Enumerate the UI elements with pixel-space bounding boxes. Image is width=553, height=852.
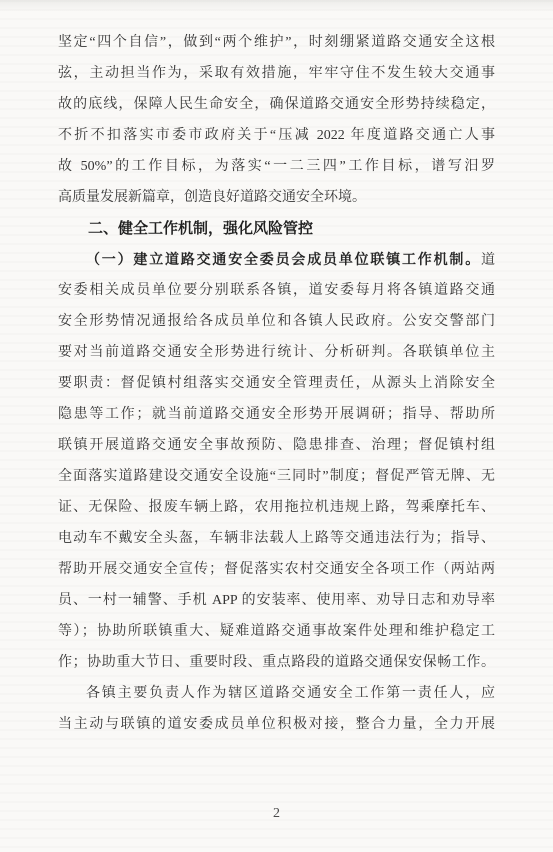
text-segment: 帮助开展交通安全宣传；督促落实农村交通安全各项工作（两站两: [58, 562, 495, 577]
text-segment: 安委相关成员单位要分别联系各镇，道安委每月将各镇道路交通: [58, 283, 495, 298]
text-segment: 作；协助重大节日、重要时段、重点路段的道路交通保安保畅工作。: [58, 655, 495, 670]
text-segment: 联镇开展道路交通安全事故预防、隐患排查、治理；督促镇村组: [58, 438, 495, 453]
text-segment: 坚定“四个自信”，做到“两个维护”，时刻绷紧道路交通安全这根: [58, 35, 495, 50]
scanned-document-page: { "colors": { "background": "#faf9f7", "…: [0, 0, 553, 852]
text-segment: 全面落实道路建设交通安全设施“三同时”制度；督促严管无牌、无: [58, 469, 495, 484]
text-line: 安全形势情况通报给各成员单位和各镇人民政府。公安交警部门: [58, 306, 495, 337]
page-number: 2: [0, 806, 553, 822]
document-body: 坚定“四个自信”，做到“两个维护”，时刻绷紧道路交通安全这根弦，主动担当作为，采…: [58, 27, 495, 740]
section-heading: 二、健全工作机制，强化风险管控: [58, 213, 495, 244]
text-line: 要职责：督促镇村组落实交通安全管理责任，从源头上消除安全: [58, 368, 495, 399]
text-line: 弦，主动担当作为，采取有效措施，牢牢守住不发生较大交通事: [58, 58, 495, 89]
text-segment: 安全形势情况通报给各成员单位和各镇人民政府。公安交警部门: [58, 314, 495, 329]
text-line: 隐患等工作；就当前道路交通安全形势开展调研；指导、帮助所: [58, 399, 495, 430]
text-segment: 当主动与联镇的道安委成员单位积极对接，整合力量，全力开展: [58, 717, 495, 732]
text-line: 证、无保险、报废车辆上路，农用拖拉机违规上路，驾乘摩托车、: [58, 492, 495, 523]
text-line: 各镇主要负责人作为辖区道路交通安全工作第一责任人，应: [58, 678, 495, 709]
text-segment: 隐患等工作；就当前道路交通安全形势开展调研；指导、帮助所: [58, 407, 495, 422]
text-line: 帮助开展交通安全宣传；督促落实农村交通安全各项工作（两站两: [58, 554, 495, 585]
scan-edge-shadow: [0, 0, 553, 12]
text-segment: 要职责：督促镇村组落实交通安全管理责任，从源头上消除安全: [58, 376, 495, 391]
text-line: 不折不扣落实市委市政府关于“压减 2022 年度道路交通亡人事: [58, 120, 495, 151]
text-line: 高质量发展新篇章，创造良好道路交通安全环境。: [58, 182, 495, 213]
text-segment: 高质量发展新篇章，创造良好道路交通安全环境。: [58, 190, 366, 205]
text-line: 员、一村一辅警、手机 APP 的安装率、使用率、劝导日志和劝导率: [58, 585, 495, 616]
text-line: 安委相关成员单位要分别联系各镇，道安委每月将各镇道路交通: [58, 275, 495, 306]
text-line: 作；协助重大节日、重要时段、重点路段的道路交通保安保畅工作。: [58, 647, 495, 678]
text-line: 故的底线，保障人民生命安全，确保道路交通安全形势持续稳定，: [58, 89, 495, 120]
text-line: 等）；协助所联镇重大、疑难道路交通事故案件处理和维护稳定工: [58, 616, 495, 647]
text-line: 当主动与联镇的道安委成员单位积极对接，整合力量，全力开展: [58, 709, 495, 740]
text-segment: 证、无保险、报废车辆上路，农用拖拉机违规上路，驾乘摩托车、: [58, 500, 495, 515]
text-line: 故 50%”的工作目标，为落实“一二三四”工作目标，谱写汨罗: [58, 151, 495, 182]
text-line: 要对当前道路交通安全形势进行统计、分析研判。各联镇单位主: [58, 337, 495, 368]
text-segment: 道: [481, 253, 495, 268]
text-line: 坚定“四个自信”，做到“两个维护”，时刻绷紧道路交通安全这根: [58, 27, 495, 58]
text-segment: 故 50%”的工作目标，为落实“一二三四”工作目标，谱写汨罗: [58, 159, 495, 174]
text-segment: 员、一村一辅警、手机 APP 的安装率、使用率、劝导日志和劝导率: [58, 593, 495, 608]
text-segment: 等）；协助所联镇重大、疑难道路交通事故案件处理和维护稳定工: [58, 624, 495, 639]
text-line: （一）建立道路交通安全委员会成员单位联镇工作机制。道: [58, 244, 495, 275]
text-line: 电动车不戴安全头盔，车辆非法载人上路等交通违法行为；指导、: [58, 523, 495, 554]
text-segment: 要对当前道路交通安全形势进行统计、分析研判。各联镇单位主: [58, 345, 495, 360]
text-segment: 故的底线，保障人民生命安全，确保道路交通安全形势持续稳定，: [58, 97, 495, 112]
text-segment: 二、健全工作机制，强化风险管控: [88, 220, 313, 237]
text-line: 联镇开展道路交通安全事故预防、隐患排查、治理；督促镇村组: [58, 430, 495, 461]
text-segment: 各镇主要负责人作为辖区道路交通安全工作第一责任人，应: [86, 686, 495, 701]
text-line: 全面落实道路建设交通安全设施“三同时”制度；督促严管无牌、无: [58, 461, 495, 492]
text-segment: 电动车不戴安全头盔，车辆非法载人上路等交通违法行为；指导、: [58, 531, 495, 546]
bold-text-segment: （一）建立道路交通安全委员会成员单位联镇工作机制。: [86, 251, 481, 267]
text-segment: 弦，主动担当作为，采取有效措施，牢牢守住不发生较大交通事: [58, 66, 495, 81]
text-segment: 不折不扣落实市委市政府关于“压减 2022 年度道路交通亡人事: [58, 128, 495, 143]
